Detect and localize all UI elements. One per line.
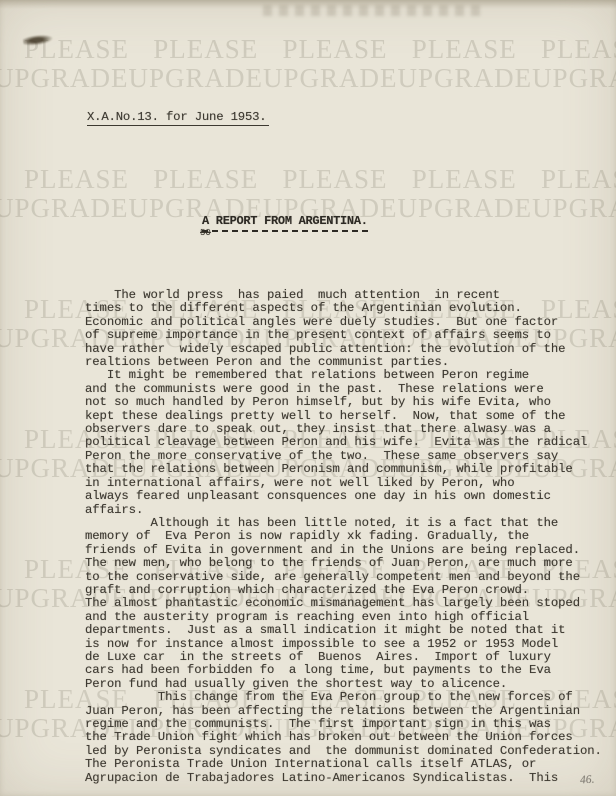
watermark-word: PLEASE: [282, 36, 387, 63]
paragraph-2: It might be remembered that relations be…: [85, 369, 602, 516]
watermark-word: UPGRADE: [0, 195, 129, 222]
watermark-word: UPGRADE: [398, 65, 533, 92]
watermark-word: PLEASE: [24, 166, 129, 193]
watermark-band: PLEASEPLEASEPLEASEPLEASEPLEASEUPGRADEUPG…: [0, 36, 616, 98]
watermark-word: UPGRADE: [532, 65, 616, 92]
watermark-word: UPGRADE: [532, 195, 616, 222]
watermark-text-row: PLEASEPLEASEPLEASEPLEASEPLEASE: [24, 166, 616, 193]
paragraph-3: Although it has been little noted, it is…: [85, 517, 602, 691]
document-body: The world press has paied much attention…: [85, 289, 602, 785]
watermark-word: PLEASE: [412, 36, 517, 63]
reference-line: X.A.No.13. for June 1953.: [87, 110, 269, 126]
watermark-word: PLEASE: [541, 36, 616, 63]
watermark-text-row: PLEASEPLEASEPLEASEPLEASEPLEASE: [24, 36, 616, 63]
watermark-word: PLEASE: [282, 166, 387, 193]
paragraph-4: This change from the Eva Peron group to …: [85, 691, 602, 785]
watermark-word: PLEASE: [412, 166, 517, 193]
scanned-document-page: PLEASEPLEASEPLEASEPLEASEPLEASEUPGRADEUPG…: [0, 0, 616, 796]
watermark-word: UPGRADE: [0, 65, 129, 92]
watermark-word: PLEASE: [153, 36, 258, 63]
watermark-word: PLEASE: [541, 166, 616, 193]
watermark-word: UPGRADE: [398, 195, 533, 222]
scan-top-edge: [0, 0, 616, 9]
watermark-word: PLEASE: [153, 166, 258, 193]
report-heading: A REPORT FROM ARGENTINA.: [202, 214, 368, 232]
handwritten-page-number: 46.: [580, 774, 595, 787]
paragraph-1: The world press has paied much attention…: [85, 289, 602, 369]
watermark-text-row: UPGRADEUPGRADEUPGRADEUPGRADEUPGRADE: [0, 65, 616, 92]
heading-overstrike-correction: 50: [200, 228, 211, 238]
watermark-word: UPGRADE: [263, 65, 398, 92]
watermark-word: UPGRADE: [129, 65, 264, 92]
